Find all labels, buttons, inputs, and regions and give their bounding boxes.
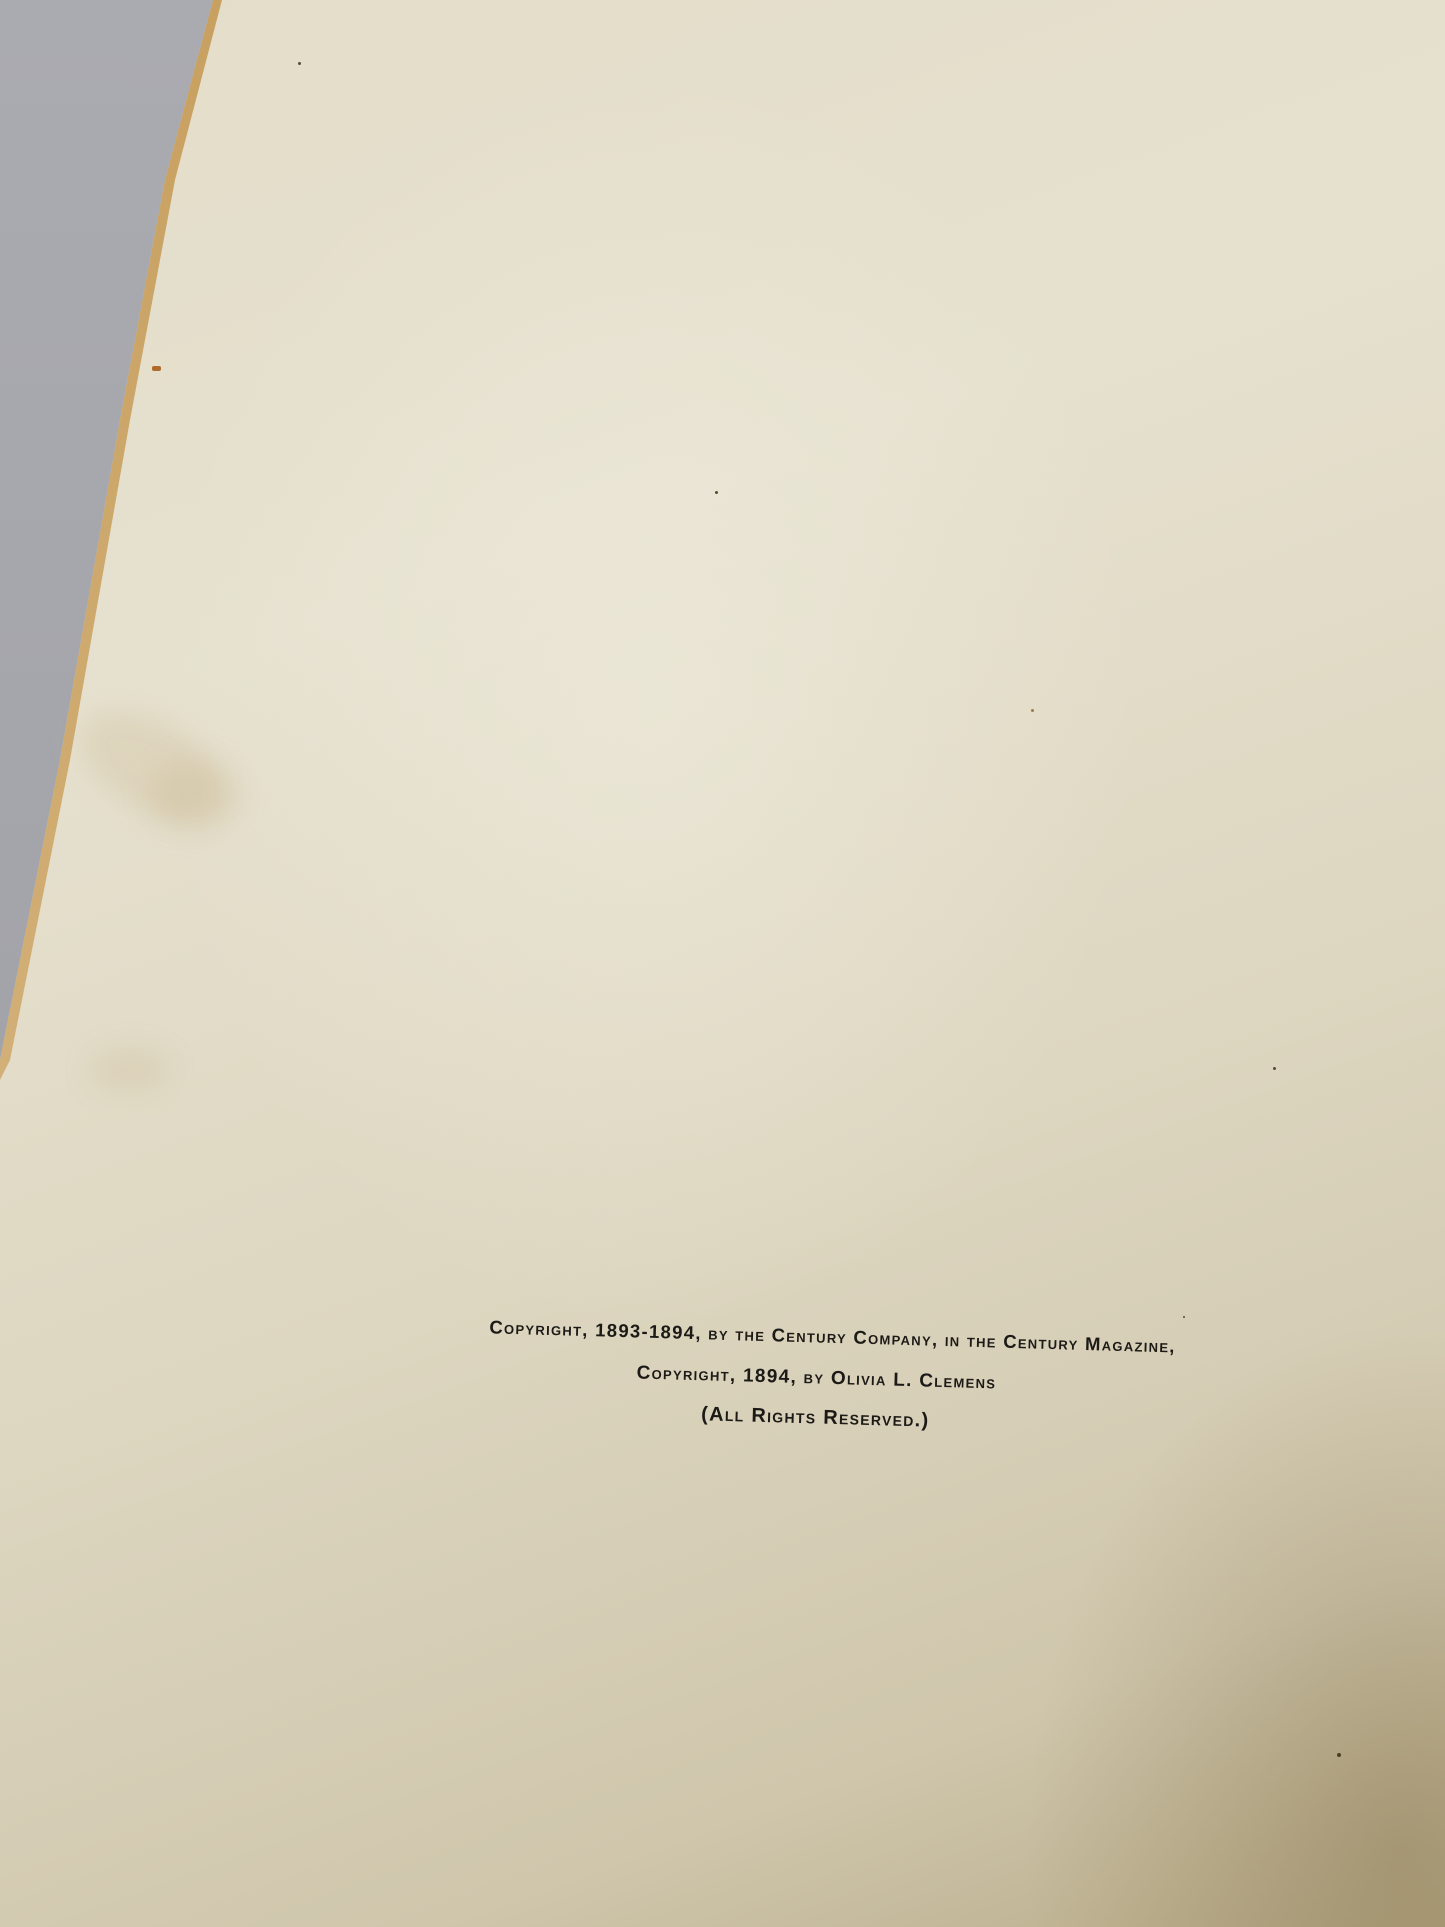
paper-speck [1337, 1753, 1341, 1757]
copyright-line-clemens: Copyright, 1894, by Olivia L. Clemens [436, 1357, 1196, 1397]
copyright-notice: Copyright, 1893-1894, by the Century Com… [475, 1318, 1197, 1438]
paper-stain [90, 1050, 170, 1090]
paper-speck [152, 366, 161, 371]
book-page [0, 0, 1445, 1927]
paper-speck [1031, 709, 1034, 712]
paper-speck [1273, 1067, 1276, 1070]
paper-stain [150, 760, 240, 830]
paper-speck [715, 491, 718, 494]
paper-speck [1183, 1316, 1185, 1318]
paper-speck [298, 62, 301, 65]
